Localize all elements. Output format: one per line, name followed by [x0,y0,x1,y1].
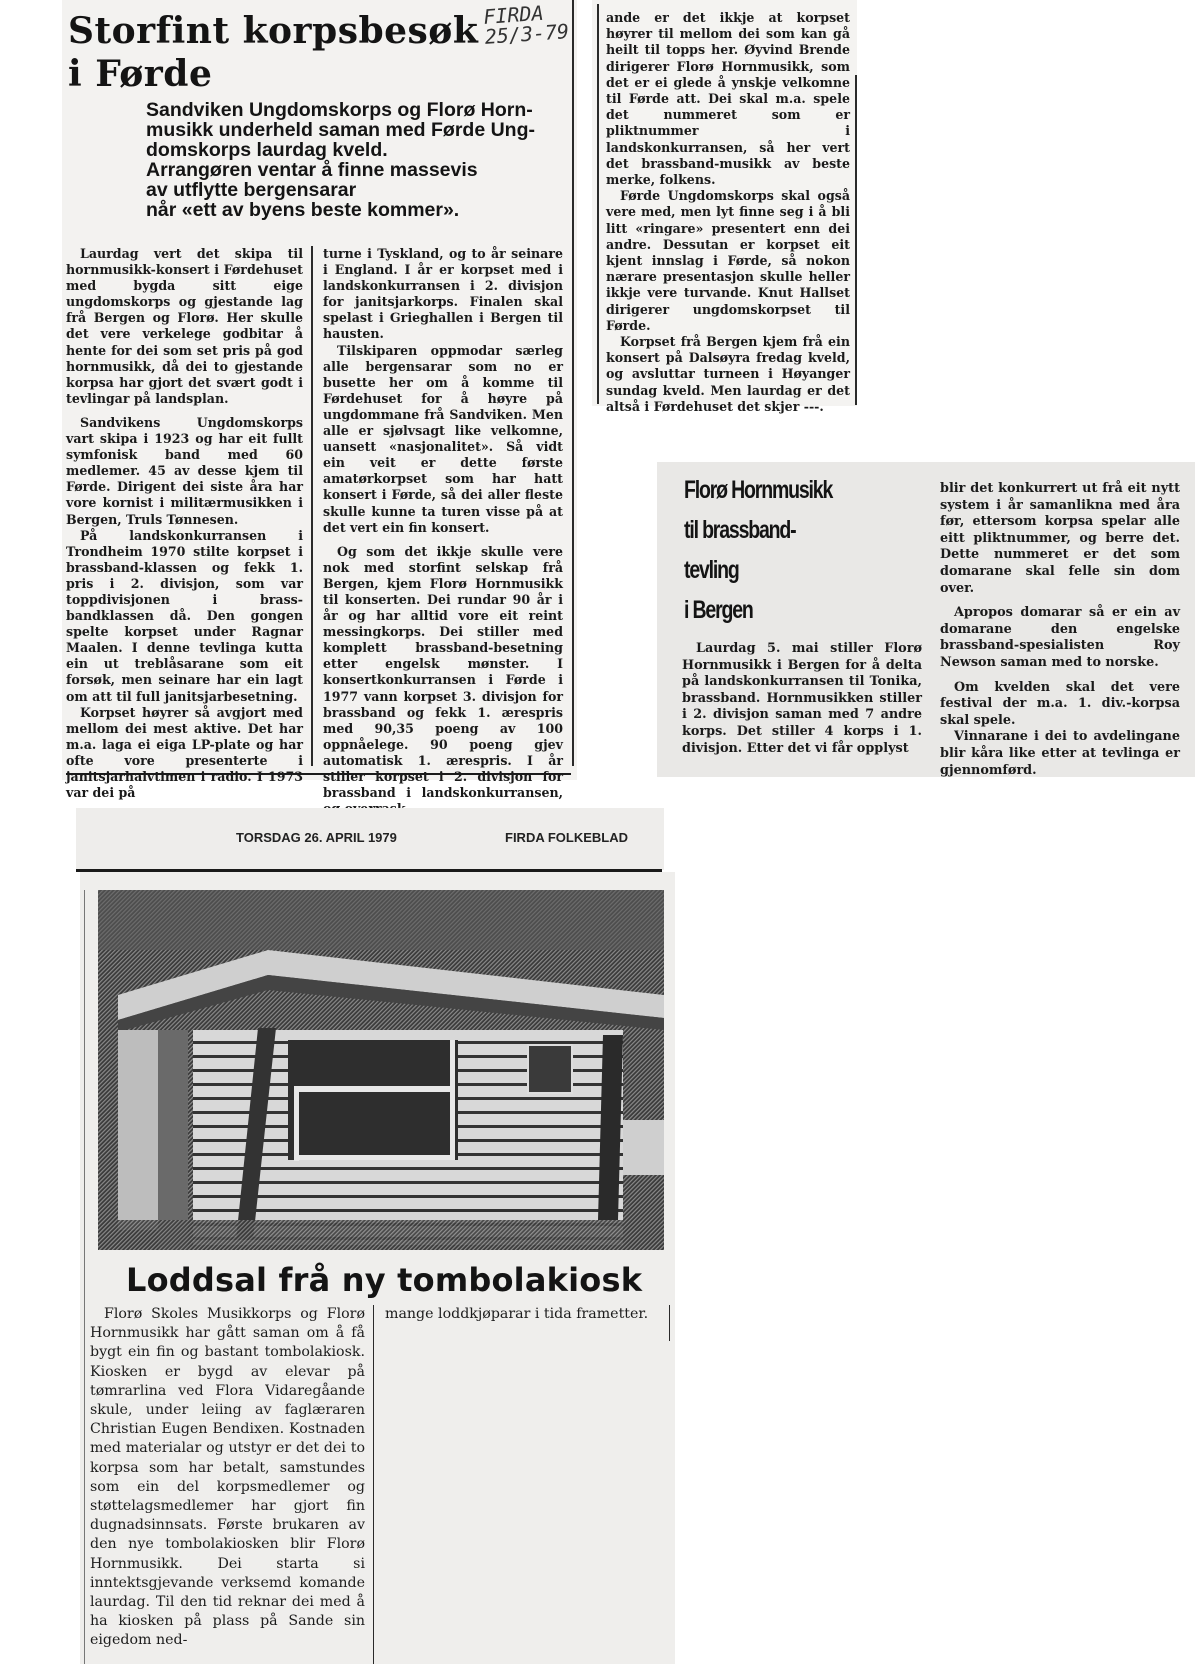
kiosk-photo-illustration [98,890,664,1250]
paragraph: Sandvikens Ungdomskorps vart skipa i 192… [66,415,303,528]
deck-line: Arrangøren ventar å finne massevis [146,160,576,180]
article-title-line-1: Storfint korpsbesøk [68,10,478,52]
paragraph: Apropos domarar så er ein av domarane de… [940,605,1180,671]
article2-column-2: blir det konkurrert ut frå eit nytt syst… [940,481,1180,779]
deck-line: av utflytte bergensarar [146,180,576,200]
title-line: i Bergen [684,590,887,630]
deck-line: Sandviken Ungdomskorps og Florø Horn- [146,100,576,120]
article-bottom-rule [66,773,571,775]
title-line: Florø Hornmusikk [684,470,887,510]
column-divider [311,246,313,766]
clipping-edge [84,890,85,1664]
column-divider [572,0,574,766]
handwritten-date: 25/3-79 [484,21,569,47]
paragraph: Vinnarane i dei to avdelingane blir kåra… [940,729,1180,779]
title-line: til brassband- [684,510,887,550]
masthead-paper: FIRDA FOLKEBLAD [505,830,628,845]
paragraph: Florø Skoles Musikkorps og Florø Hornmus… [90,1305,365,1651]
article-column-3: ande er det ikkje at korpset høyrer til … [606,10,850,415]
article3-title: Loddsal frå ny tombolakiosk [126,1262,642,1298]
masthead-date: TORSDAG 26. APRIL 1979 [236,830,397,845]
paragraph: mange loddkjøparar i tida frametter. [385,1305,655,1324]
article-column-1: Laurdag vert det skipa til hornmusikk-ko… [66,246,303,801]
column-divider [373,1305,374,1664]
paragraph: Om kvelden skal det vere festival der m.… [940,680,1180,730]
paragraph: Korpset høyrer så avgjort med mellom dei… [66,705,303,802]
kiosk-photo [98,890,664,1250]
paragraph: På landskonkurransen i Trondheim 1970 st… [66,528,303,705]
paragraph: Tilskiparen oppmodar særleg alle bergens… [323,343,563,536]
paragraph: Laurdag 5. mai stiller Florø Hornmusikk … [682,641,922,757]
article-column-2: turne i Tyskland, og to år seinare i Eng… [323,246,563,817]
article-title-line-2: i Førde [68,53,212,95]
article2-column-1: Laurdag 5. mai stiller Florø Hornmusikk … [682,641,922,757]
handwritten-note: FIRDA 25/3-79 [483,1,570,47]
column-divider [669,1305,670,1341]
paragraph: ande er det ikkje at korpset høyrer til … [606,10,850,188]
column-divider [597,4,599,404]
article2-title: Florø Hornmusikk til brassband- tevling … [684,470,944,630]
paragraph: Og som det ikkje skulle vere nok med sto… [323,544,563,818]
article3-column-2: mange loddkjøparar i tida frametter. [385,1305,655,1324]
deck-line: når «ett av byens beste kommer». [146,200,576,220]
paragraph: Førde Ungdomskorps skal også vere med, m… [606,188,850,334]
article3-column-1: Florø Skoles Musikkorps og Florø Hornmus… [90,1305,365,1651]
article-deck: Sandviken Ungdomskorps og Florø Horn- mu… [146,100,576,220]
title-line: tevling [684,550,887,590]
paragraph: Laurdag vert det skipa til hornmusikk-ko… [66,246,303,407]
column-divider [855,75,857,405]
deck-line: musikk underheld saman med Førde Ung- [146,120,576,140]
deck-line: domskorps laurdag kveld. [146,140,576,160]
paragraph: blir det konkurrert ut frå eit nytt syst… [940,481,1180,597]
paragraph: Korpset frå Bergen kjem frå ein konsert … [606,334,850,415]
paragraph: turne i Tyskland, og to år seinare i Eng… [323,246,563,343]
